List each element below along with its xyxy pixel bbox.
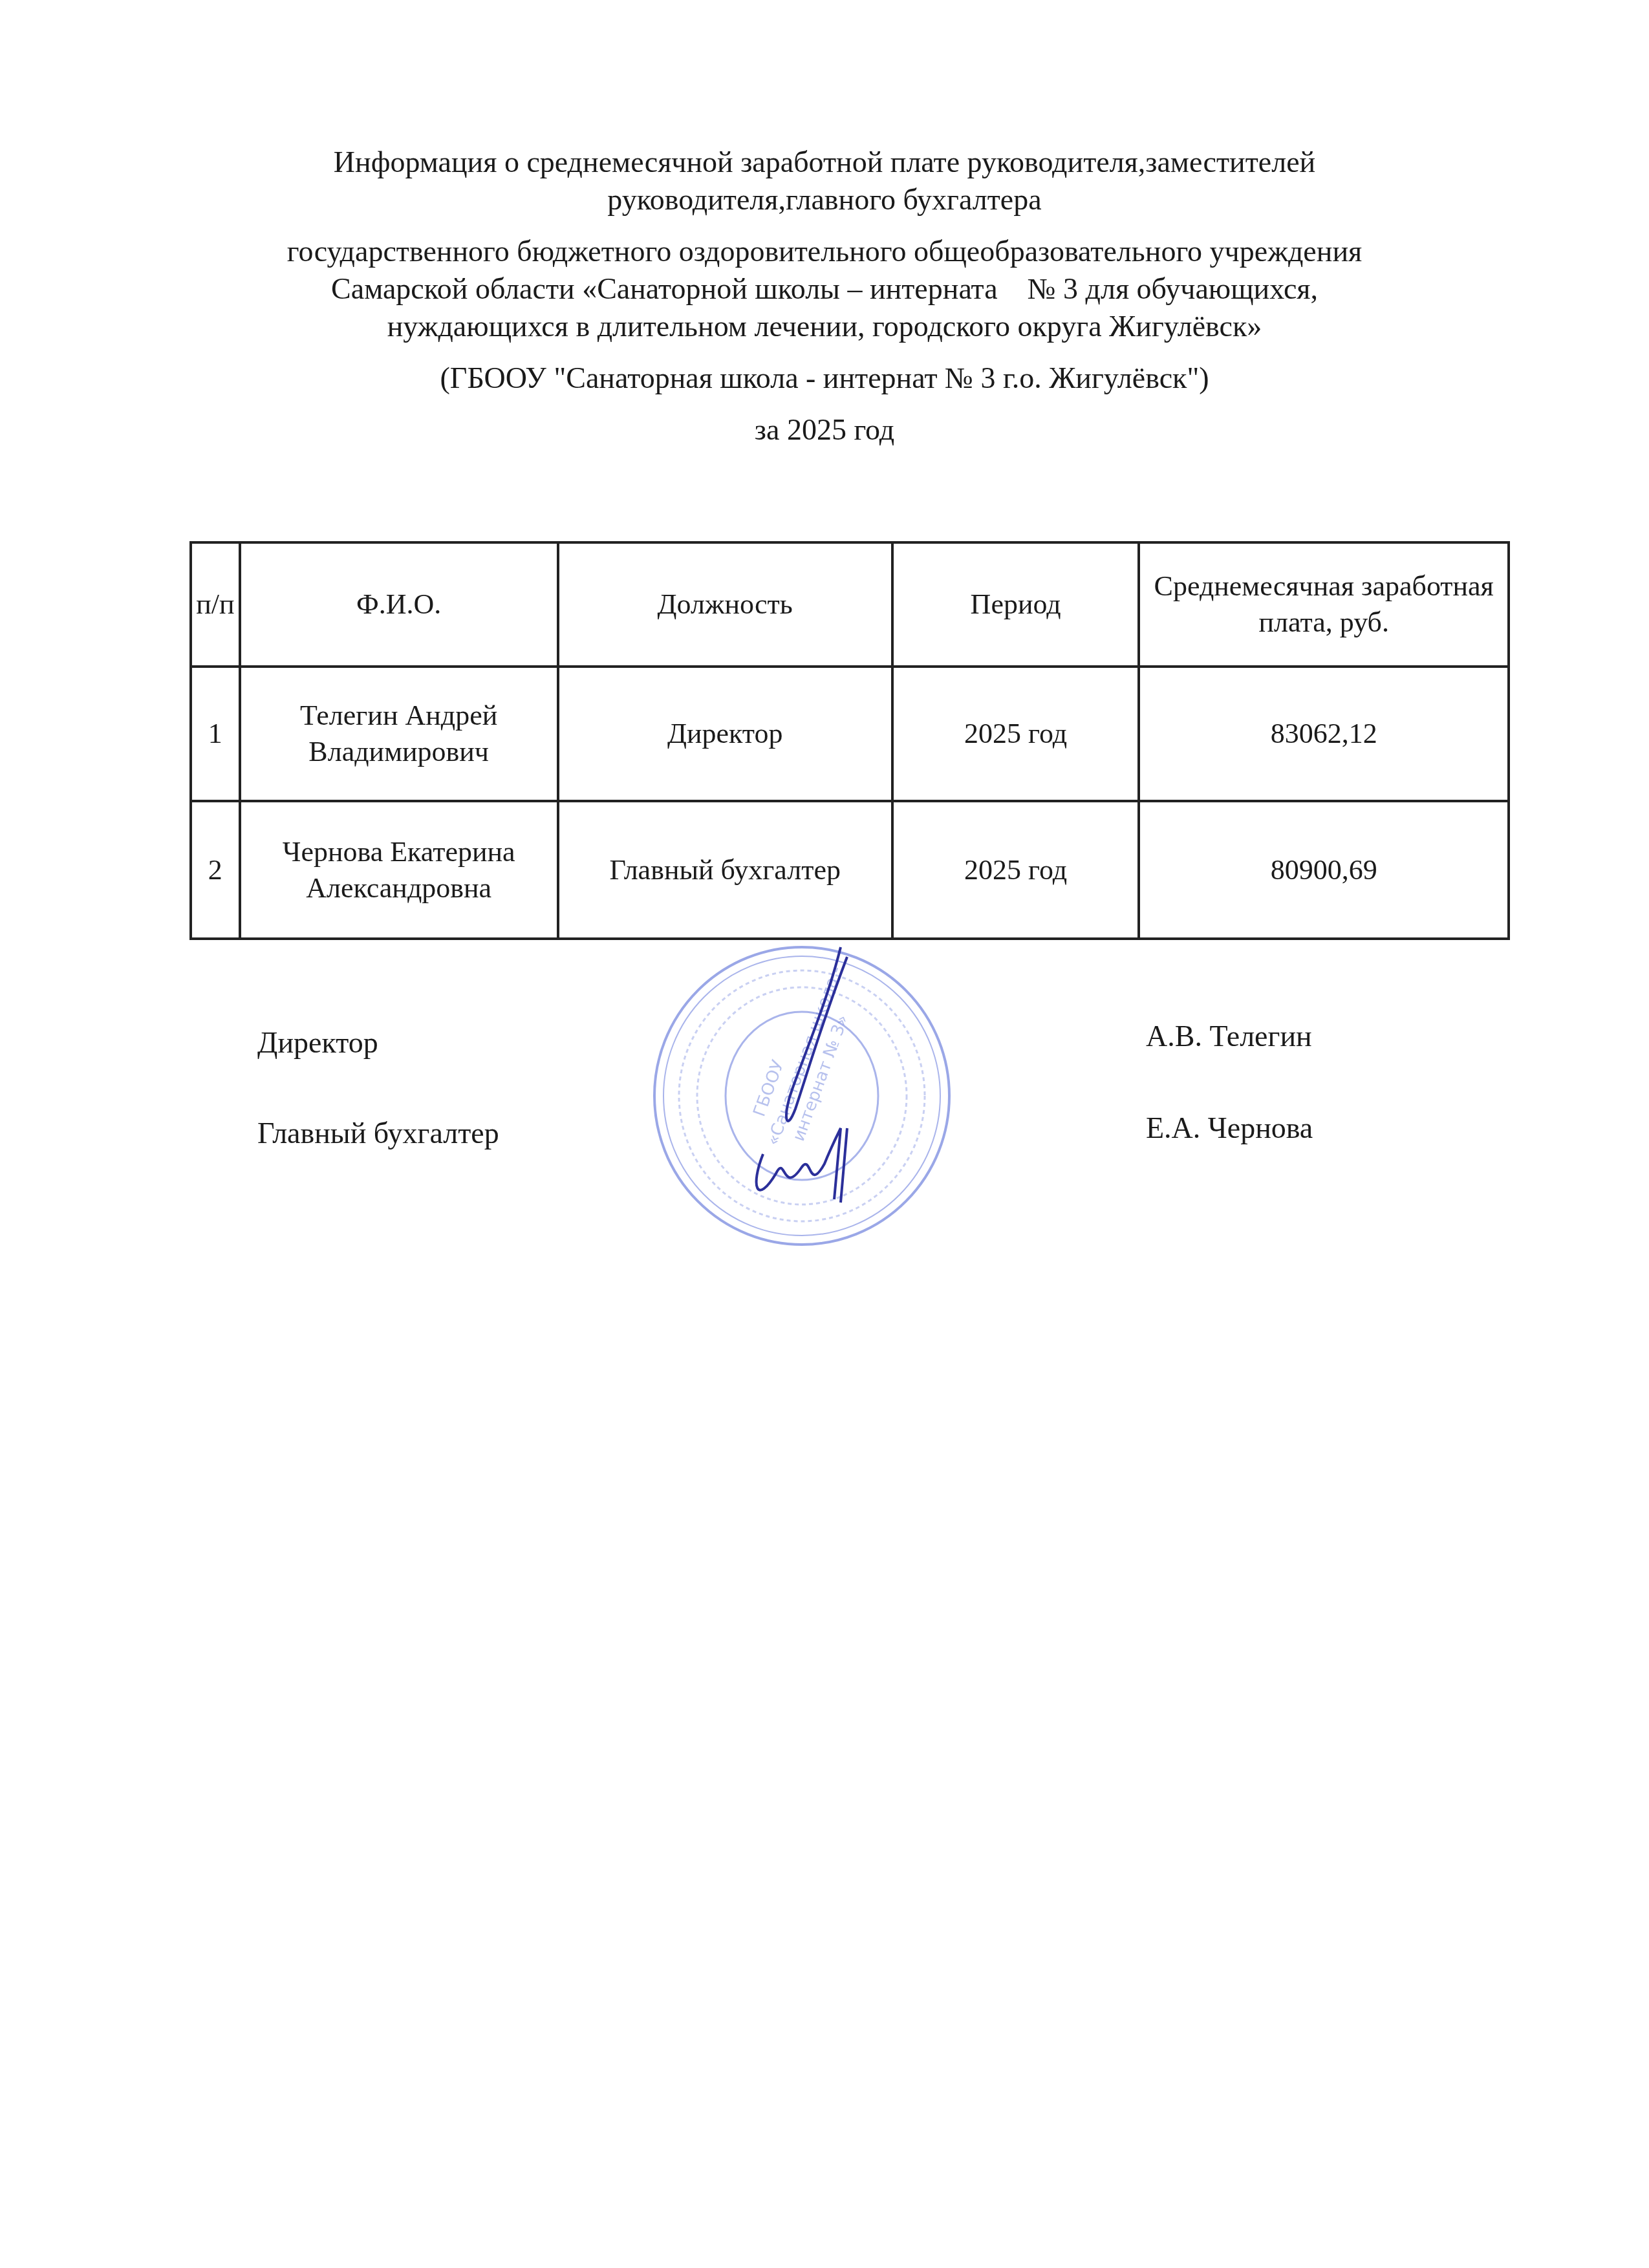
signature-name-accountant: Е.А. Чернова	[1146, 1111, 1313, 1145]
row-num: 2	[191, 801, 240, 939]
table-header-row: п/п Ф.И.О. Должность Период Среднемесячн…	[191, 542, 1509, 667]
row-period: 2025 год	[892, 801, 1139, 939]
org-line-3: нуждающихся в длительном лечении, городс…	[0, 308, 1649, 345]
row-name: Телегин Андрей Владимирович	[240, 667, 558, 801]
table-row: 2 Чернова Екатерина Александровна Главны…	[191, 801, 1509, 939]
org-short-name: (ГБООУ "Санаторная школа - интернат № 3 …	[0, 359, 1649, 397]
col-header-period: Период	[892, 542, 1139, 667]
col-header-position: Должность	[558, 542, 892, 667]
name-line-1: Телегин Андрей	[248, 698, 550, 734]
row-position: Директор	[558, 667, 892, 801]
title-line-1: Информация о среднемесячной заработной п…	[0, 144, 1649, 181]
signature-role-director: Директор	[257, 1025, 378, 1060]
signature-name-director: А.В. Телегин	[1146, 1019, 1312, 1053]
table-row: 1 Телегин Андрей Владимирович Директор 2…	[191, 667, 1509, 801]
document-header: Информация о среднемесячной заработной п…	[0, 144, 1649, 449]
name-line-1: Чернова Екатерина	[248, 834, 550, 870]
row-salary: 80900,69	[1139, 801, 1509, 939]
report-period: за 2025 год	[0, 411, 1649, 449]
signature-role-accountant: Главный бухгалтер	[257, 1116, 499, 1150]
row-position: Главный бухгалтер	[558, 801, 892, 939]
title-line-2: руководителя,главного бухгалтера	[0, 181, 1649, 219]
name-line-2: Владимирович	[248, 734, 550, 770]
row-period: 2025 год	[892, 667, 1139, 801]
salary-table: п/п Ф.И.О. Должность Период Среднемесячн…	[189, 541, 1510, 940]
name-line-2: Александровна	[248, 870, 550, 906]
row-salary: 83062,12	[1139, 667, 1509, 801]
org-line-2: Самарской области «Санаторной школы – ин…	[0, 270, 1649, 308]
row-num: 1	[191, 667, 240, 801]
col-header-num: п/п	[191, 542, 240, 667]
col-header-name: Ф.И.О.	[240, 542, 558, 667]
col-header-salary: Среднемесячная заработная плата, руб.	[1139, 542, 1509, 667]
row-name: Чернова Екатерина Александровна	[240, 801, 558, 939]
official-seal-stamp: ГБООУ «Санаторная школа - интернат № 3»	[647, 941, 964, 1251]
org-line-1: государственного бюджетного оздоровитель…	[0, 233, 1649, 270]
